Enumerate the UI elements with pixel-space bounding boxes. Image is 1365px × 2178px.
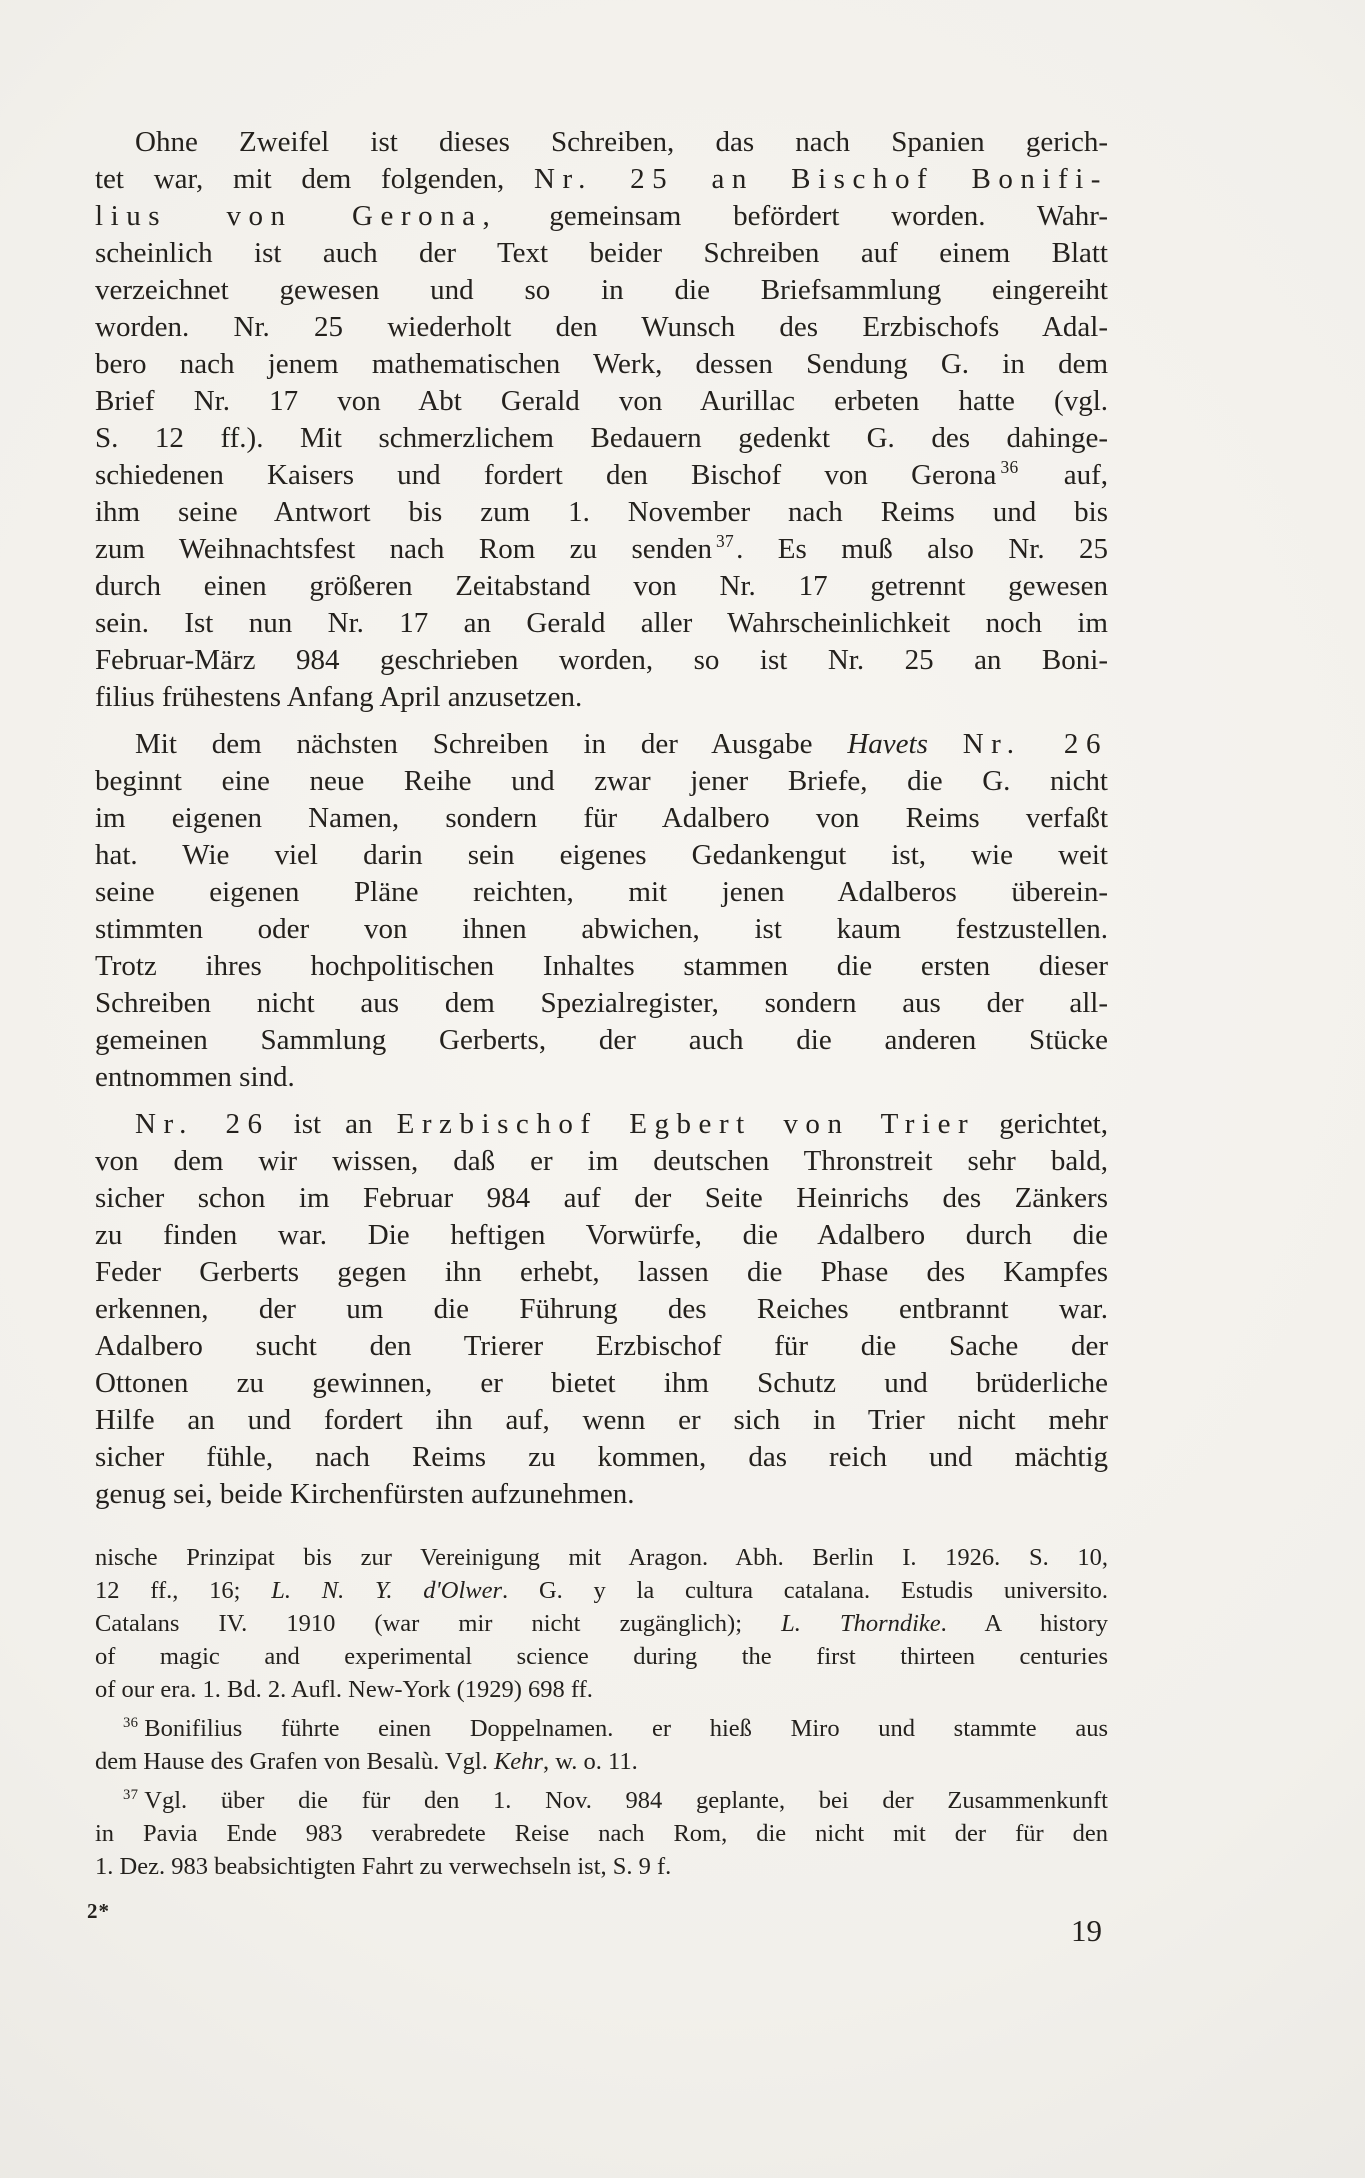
text-line: lius von Gerona, gemeinsam befördert wor… — [95, 198, 1108, 235]
text-segment: Trotz ihres hochpolitischen Inhaltes sta… — [95, 950, 1108, 982]
italic-text: L. N. Y. d'Olwer — [271, 1577, 502, 1604]
footnote-continuation: nische Prinzipat bis zur Vereinigung mit… — [95, 1541, 1108, 1706]
letterspaced-text: Erzbischof Egbert von Trier — [397, 1108, 976, 1140]
text-segment: . A history — [941, 1610, 1108, 1637]
text-line: nische Prinzipat bis zur Vereinigung mit… — [95, 1541, 1108, 1574]
text-line: Brief Nr. 17 von Abt Gerald von Aurillac… — [95, 383, 1108, 420]
footnote-ref: 36 — [123, 1715, 144, 1731]
footnote-36: 36Bonifilius führte einen Doppelnamen. e… — [95, 1712, 1108, 1778]
page-footer: 2* 19 — [95, 1899, 1108, 1949]
text-segment: Schreiben nicht aus dem Spezialregister,… — [95, 987, 1108, 1019]
text-line: Feder Gerberts gegen ihn erhebt, lassen … — [95, 1254, 1108, 1291]
text-segment: im eigenen Namen, sondern für Adalbero v… — [95, 802, 1108, 834]
text-segment: , w. o. 11. — [543, 1748, 638, 1775]
text-segment: schiedenen Kaisers und fordert den Bisch… — [95, 459, 996, 491]
text-line: filius frühestens Anfang April anzusetze… — [95, 679, 1108, 716]
body-text: Ohne Zweifel ist dieses Schreiben, das n… — [95, 124, 1108, 1513]
text-segment: filius frühestens Anfang April anzusetze… — [95, 681, 582, 713]
text-line: 12 ff., 16; L. N. Y. d'Olwer. G. y la cu… — [95, 1574, 1108, 1607]
text-segment: durch einen größeren Zeitabstand von Nr.… — [95, 570, 1108, 602]
footnote-37: 37Vgl. über die für den 1. Nov. 984 gepl… — [95, 1784, 1108, 1883]
text-line: S. 12 ff.). Mit schmerzlichem Bedauern g… — [95, 420, 1108, 457]
text-segment: gemeinsam befördert worden. Wahr- — [497, 200, 1108, 232]
text-segment: S. 12 ff.). Mit schmerzlichem Bedauern g… — [95, 422, 1108, 454]
text-segment: sicher fühle, nach Reims zu kommen, das … — [95, 1441, 1108, 1473]
text-segment: sein. Ist nun Nr. 17 an Gerald aller Wah… — [95, 607, 1108, 639]
italic-text: Havets — [847, 728, 928, 760]
text-segment: tet war, mit dem folgenden, — [95, 163, 534, 195]
text-segment: Hilfe an und fordert ihn auf, wenn er si… — [95, 1404, 1108, 1436]
text-line: 1. Dez. 983 beabsichtigten Fahrt zu verw… — [95, 1850, 1108, 1883]
text-line: Nr. 26 ist an Erzbischof Egbert von Trie… — [95, 1106, 1108, 1143]
text-block: Ohne Zweifel ist dieses Schreiben, das n… — [95, 124, 1108, 1949]
footnote-ref: 36 — [996, 457, 1020, 477]
text-line: zu finden war. Die heftigen Vorwürfe, di… — [95, 1217, 1108, 1254]
text-line: ihm seine Antwort bis zum 1. November na… — [95, 494, 1108, 531]
text-segment: Mit dem nächsten Schreiben in der Ausgab… — [135, 728, 847, 760]
text-line: Schreiben nicht aus dem Spezialregister,… — [95, 985, 1108, 1022]
text-line: zum Weihnachtsfest nach Rom zu senden37.… — [95, 531, 1108, 568]
text-line: Ottonen zu gewinnen, er bietet ihm Schut… — [95, 1365, 1108, 1402]
text-line: verzeichnet gewesen und so in die Briefs… — [95, 272, 1108, 309]
text-line: of our era. 1. Bd. 2. Aufl. New-York (19… — [95, 1673, 1108, 1706]
text-line: von dem wir wissen, daß er im deutschen … — [95, 1143, 1108, 1180]
text-line: Adalbero sucht den Trierer Erzbischof fü… — [95, 1328, 1108, 1365]
paragraph-nr26-egbert: Nr. 26 ist an Erzbischof Egbert von Trie… — [95, 1106, 1108, 1513]
text-segment: dem Hause des Grafen von Besalù. Vgl. — [95, 1748, 494, 1775]
text-segment — [928, 728, 963, 760]
text-segment: 1. Dez. 983 beabsichtigten Fahrt zu verw… — [95, 1853, 671, 1880]
text-segment: von dem wir wissen, daß er im deutschen … — [95, 1145, 1108, 1177]
text-segment: scheinlich ist auch der Text beider Schr… — [95, 237, 1108, 269]
text-segment: stimmten oder von ihnen abwichen, ist ka… — [95, 913, 1108, 945]
text-line: sicher schon im Februar 984 auf der Seit… — [95, 1180, 1108, 1217]
text-segment: ihm seine Antwort bis zum 1. November na… — [95, 496, 1108, 528]
text-line: entnommen sind. — [95, 1059, 1108, 1096]
text-segment: 12 ff., 16; — [95, 1577, 271, 1604]
text-segment: . G. y la cultura catalana. Estudis univ… — [502, 1577, 1108, 1604]
text-segment: . Es muß also Nr. 25 — [736, 533, 1108, 565]
text-line: bero nach jenem mathematischen Werk, des… — [95, 346, 1108, 383]
text-segment: worden. Nr. 25 wiederholt den Wunsch des… — [95, 311, 1108, 343]
text-line: erkennen, der um die Führung des Reiches… — [95, 1291, 1108, 1328]
italic-text: L. Thorndike — [781, 1610, 941, 1637]
text-segment: Feder Gerberts gegen ihn erhebt, lassen … — [95, 1256, 1108, 1288]
letterspaced-text: Nr. 26 — [135, 1108, 270, 1140]
text-line: tet war, mit dem folgenden, Nr. 25 an Bi… — [95, 161, 1108, 198]
text-segment: beginnt eine neue Reihe und zwar jener B… — [95, 765, 1108, 797]
text-line: Trotz ihres hochpolitischen Inhaltes sta… — [95, 948, 1108, 985]
text-line: Ohne Zweifel ist dieses Schreiben, das n… — [95, 124, 1108, 161]
text-line: im eigenen Namen, sondern für Adalbero v… — [95, 800, 1108, 837]
text-segment: hat. Wie viel darin sein eigenes Gedanke… — [95, 839, 1108, 871]
text-segment: ist an — [270, 1108, 397, 1140]
text-line: scheinlich ist auch der Text beider Schr… — [95, 235, 1108, 272]
letterspaced-text: Nr. 26 — [963, 728, 1108, 760]
footnote-ref: 37 — [123, 1787, 144, 1803]
text-line: beginnt eine neue Reihe und zwar jener B… — [95, 763, 1108, 800]
text-line: seine eigenen Pläne reichten, mit jenen … — [95, 874, 1108, 911]
text-line: schiedenen Kaisers und fordert den Bisch… — [95, 457, 1108, 494]
text-segment: Bonifilius führte einen Doppelnamen. er … — [144, 1715, 1108, 1742]
book-page: Ohne Zweifel ist dieses Schreiben, das n… — [0, 0, 1365, 2178]
text-line: 37Vgl. über die für den 1. Nov. 984 gepl… — [95, 1784, 1108, 1817]
text-segment: verzeichnet gewesen und so in die Briefs… — [95, 274, 1108, 306]
text-line: durch einen größeren Zeitabstand von Nr.… — [95, 568, 1108, 605]
text-line: 36Bonifilius führte einen Doppelnamen. e… — [95, 1712, 1108, 1745]
text-line: sicher fühle, nach Reims zu kommen, das … — [95, 1439, 1108, 1476]
text-line: dem Hause des Grafen von Besalù. Vgl. Ke… — [95, 1745, 1108, 1778]
text-segment: bero nach jenem mathematischen Werk, des… — [95, 348, 1108, 380]
text-line: in Pavia Ende 983 verabredete Reise nach… — [95, 1817, 1108, 1850]
text-line: Februar-März 984 geschrieben worden, so … — [95, 642, 1108, 679]
text-segment: entnommen sind. — [95, 1061, 295, 1093]
page-number: 19 — [1071, 1913, 1102, 1949]
text-segment: erkennen, der um die Führung des Reiches… — [95, 1293, 1108, 1325]
text-line: gemeinen Sammlung Gerberts, der auch die… — [95, 1022, 1108, 1059]
text-line: stimmten oder von ihnen abwichen, ist ka… — [95, 911, 1108, 948]
text-segment: genug sei, beide Kirchenfürsten aufzuneh… — [95, 1478, 635, 1510]
text-line: Mit dem nächsten Schreiben in der Ausgab… — [95, 726, 1108, 763]
footnote-ref: 37 — [712, 531, 736, 551]
text-segment: in Pavia Ende 983 verabredete Reise nach… — [95, 1820, 1108, 1847]
letterspaced-text: Nr. 25 an Bischof Bonifi- — [534, 163, 1108, 195]
text-line: hat. Wie viel darin sein eigenes Gedanke… — [95, 837, 1108, 874]
footnotes-section: nische Prinzipat bis zur Vereinigung mit… — [95, 1541, 1108, 1883]
text-segment: of our era. 1. Bd. 2. Aufl. New-York (19… — [95, 1676, 593, 1703]
italic-text: Kehr — [494, 1748, 543, 1775]
text-segment: Ohne Zweifel ist dieses Schreiben, das n… — [135, 126, 1108, 158]
text-segment: nische Prinzipat bis zur Vereinigung mit… — [95, 1544, 1108, 1571]
text-segment: of magic and experimental science during… — [95, 1643, 1108, 1670]
text-segment: zum Weihnachtsfest nach Rom zu senden — [95, 533, 712, 565]
text-segment: auf, — [1021, 459, 1108, 491]
text-segment: sicher schon im Februar 984 auf der Seit… — [95, 1182, 1108, 1214]
text-segment: Catalans IV. 1910 (war mir nicht zugängl… — [95, 1610, 781, 1637]
paragraph-nr25: Ohne Zweifel ist dieses Schreiben, das n… — [95, 124, 1108, 716]
text-segment: Februar-März 984 geschrieben worden, so … — [95, 644, 1108, 676]
text-line: Hilfe an und fordert ihn auf, wenn er si… — [95, 1402, 1108, 1439]
text-line: of magic and experimental science during… — [95, 1640, 1108, 1673]
text-segment: zu finden war. Die heftigen Vorwürfe, di… — [95, 1219, 1108, 1251]
text-segment: Vgl. über die für den 1. Nov. 984 geplan… — [144, 1787, 1108, 1814]
text-segment: Adalbero sucht den Trierer Erzbischof fü… — [95, 1330, 1108, 1362]
letterspaced-text: lius von Gerona, — [95, 200, 497, 232]
signature-mark: 2* — [87, 1899, 110, 1924]
text-segment: gemeinen Sammlung Gerberts, der auch die… — [95, 1024, 1108, 1056]
text-segment: Brief Nr. 17 von Abt Gerald von Aurillac… — [95, 385, 1108, 417]
text-segment: seine eigenen Pläne reichten, mit jenen … — [95, 876, 1108, 908]
text-segment: gerichtet, — [975, 1108, 1108, 1140]
text-line: Catalans IV. 1910 (war mir nicht zugängl… — [95, 1607, 1108, 1640]
text-segment: Ottonen zu gewinnen, er bietet ihm Schut… — [95, 1367, 1108, 1399]
text-line: worden. Nr. 25 wiederholt den Wunsch des… — [95, 309, 1108, 346]
paragraph-havets-nr26: Mit dem nächsten Schreiben in der Ausgab… — [95, 726, 1108, 1096]
text-line: genug sei, beide Kirchenfürsten aufzuneh… — [95, 1476, 1108, 1513]
text-line: sein. Ist nun Nr. 17 an Gerald aller Wah… — [95, 605, 1108, 642]
